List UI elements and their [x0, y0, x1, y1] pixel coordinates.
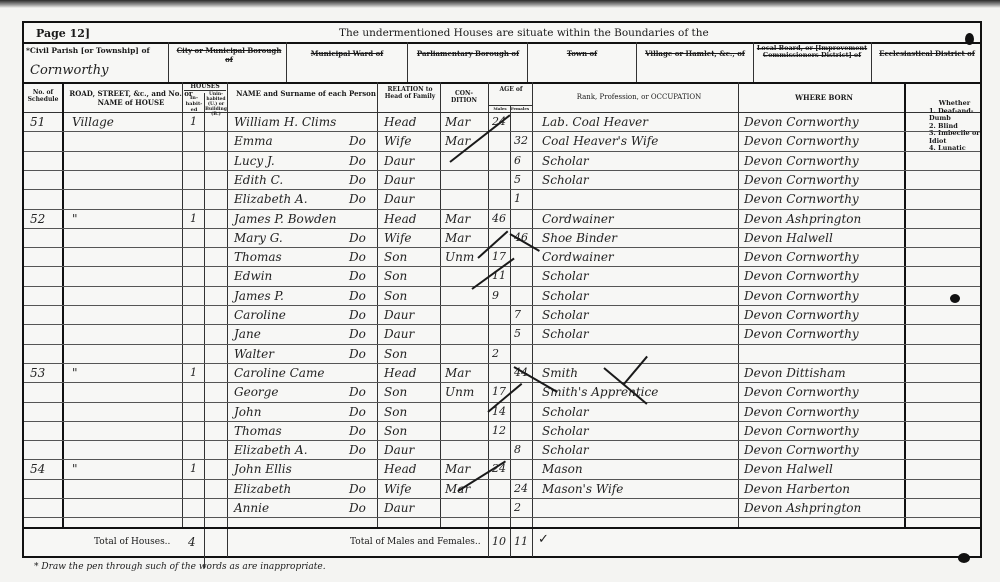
col-age: AGE of — [490, 86, 532, 93]
relation-to-head: Head — [384, 462, 416, 476]
census-sheet: Page 12] The undermentioned Houses are s… — [22, 21, 982, 558]
person-name: Lucy J. — [234, 154, 275, 168]
row-rule — [24, 228, 980, 229]
female-age: 1 — [514, 192, 521, 206]
total-males-value: 10 — [492, 535, 506, 549]
birthplace: Devon Cornworthy — [744, 327, 859, 341]
col-males: Males — [491, 106, 509, 111]
person-name: Jane — [234, 327, 261, 341]
male-age: 2 — [492, 347, 499, 361]
row-rule — [24, 151, 980, 152]
relation-to-head: Daur — [384, 154, 414, 168]
total-houses-value: 4 — [188, 535, 196, 549]
occupation: Cordwainer — [542, 250, 614, 264]
marital-condition: Mar — [445, 115, 470, 129]
col-road: ROAD, STREET, &c., and No. or NAME of HO… — [66, 89, 196, 107]
birthplace: Devon Ashprington — [744, 212, 861, 226]
female-age: 8 — [514, 443, 521, 457]
relation-to-head: Son — [384, 289, 407, 303]
ecclesiastical-district-label: Ecclesiastical District of — [874, 49, 980, 58]
marital-condition: Unm — [445, 250, 474, 264]
row-rule — [24, 209, 980, 210]
ditto-mark: Do — [349, 501, 366, 515]
person-name: John — [234, 405, 262, 419]
male-age: 9 — [492, 289, 499, 303]
col-name: NAME and Surname of each Person — [236, 89, 376, 98]
village-hamlet-label: Village or Hamlet, &c., of — [640, 49, 750, 58]
road-name: " — [72, 366, 78, 380]
relation-to-head: Son — [384, 347, 407, 361]
road-name: Village — [72, 115, 114, 129]
relation-to-head: Daur — [384, 327, 414, 341]
ditto-mark: Do — [349, 327, 366, 341]
row-rule — [24, 459, 980, 460]
ditto-mark: Do — [349, 347, 366, 361]
schedule-number: 51 — [30, 115, 45, 129]
row-rule — [24, 440, 980, 441]
birthplace: Devon Cornworthy — [744, 289, 859, 303]
person-name: John Ellis — [234, 462, 292, 476]
ink-blot — [950, 294, 960, 303]
relation-to-head: Son — [384, 250, 407, 264]
parliamentary-borough-label: Parliamentary Borough of — [412, 49, 524, 58]
infirmity-1: 1. Deaf-and-Dumb — [929, 108, 980, 123]
person-name: William H. Clims — [234, 115, 336, 129]
town-label: Town of — [532, 49, 632, 58]
schedule-number: 53 — [30, 366, 45, 380]
row-rule — [24, 324, 980, 325]
female-age: 6 — [514, 154, 521, 168]
ditto-mark: Do — [349, 173, 366, 187]
occupation: Scholar — [542, 424, 589, 438]
female-age: 5 — [514, 173, 521, 187]
relation-to-head: Daur — [384, 173, 414, 187]
occupation: Mason's Wife — [542, 482, 623, 496]
person-name: Annie — [234, 501, 269, 515]
row-rule — [24, 363, 980, 364]
ink-blot — [965, 33, 974, 45]
birthplace: Devon Cornworthy — [744, 269, 859, 283]
person-name: Elizabeth — [234, 482, 291, 496]
footnote: * Draw the pen through such of the words… — [34, 562, 326, 572]
relation-to-head: Son — [384, 385, 407, 399]
row-rule — [24, 247, 980, 248]
marital-condition: Mar — [445, 462, 470, 476]
municipal-ward-label: Municipal Ward of — [292, 49, 402, 58]
ditto-mark: Do — [349, 443, 366, 457]
ditto-mark: Do — [349, 134, 366, 148]
inhabited-count: 1 — [190, 212, 197, 226]
schedule-number: 54 — [30, 462, 45, 476]
birthplace: Devon Cornworthy — [744, 192, 859, 206]
occupation: Lab. Coal Heaver — [542, 115, 648, 129]
ditto-mark: Do — [349, 424, 366, 438]
col-uninhabited: Unin-habited (U.) or Building (B.) — [205, 92, 227, 117]
row-rule — [24, 382, 980, 383]
total-persons-label: Total of Males and Females.. — [350, 537, 481, 547]
ditto-mark: Do — [349, 482, 366, 496]
birthplace: Devon Cornworthy — [744, 385, 859, 399]
occupation: Coal Heaver's Wife — [542, 134, 658, 148]
road-name: " — [72, 462, 78, 476]
birthplace: Devon Ashprington — [744, 501, 861, 515]
row-rule — [24, 131, 980, 132]
col-relation: RELATION to Head of Family — [380, 86, 440, 100]
birthplace: Devon Cornworthy — [744, 443, 859, 457]
person-name: Walter — [234, 347, 274, 361]
relation-to-head: Daur — [384, 192, 414, 206]
person-name: Emma — [234, 134, 273, 148]
inhabited-count: 1 — [190, 366, 197, 380]
female-age: 24 — [514, 482, 528, 496]
civil-parish-label: *Civil Parish [or Township] of — [26, 46, 164, 55]
occupation: Scholar — [542, 269, 589, 283]
local-board-label: Local Board, or [Improvement Commissione… — [756, 45, 868, 59]
person-name: James P. Bowden — [234, 212, 337, 226]
person-name: Caroline — [234, 308, 286, 322]
person-name: Edwin — [234, 269, 272, 283]
row-rule — [24, 286, 980, 287]
ditto-mark: Do — [349, 192, 366, 206]
birthplace: Devon Cornworthy — [744, 308, 859, 322]
occupation: Cordwainer — [542, 212, 614, 226]
relation-to-head: Wife — [384, 231, 412, 245]
ink-blot — [958, 553, 970, 563]
relation-to-head: Son — [384, 269, 407, 283]
col-occupation: Rank, Profession, or OCCUPATION — [544, 93, 734, 102]
check-mark: ✓ — [538, 533, 549, 547]
ditto-mark: Do — [349, 308, 366, 322]
relation-to-head: Head — [384, 212, 416, 226]
row-rule — [24, 402, 980, 403]
occupation: Smith — [542, 366, 578, 380]
row-rule — [24, 498, 980, 499]
female-age: 2 — [514, 501, 521, 515]
ditto-mark: Do — [349, 154, 366, 168]
birthplace: Devon Cornworthy — [744, 173, 859, 187]
marital-condition: Mar — [445, 366, 470, 380]
col-inhabited: In-habit-ed — [185, 95, 203, 113]
occupation: Scholar — [542, 154, 589, 168]
birthplace: Devon Cornworthy — [744, 250, 859, 264]
birthplace: Devon Cornworthy — [744, 405, 859, 419]
relation-to-head: Son — [384, 424, 407, 438]
birthplace: Devon Cornworthy — [744, 154, 859, 168]
female-age: 7 — [514, 308, 521, 322]
person-name: Edith C. — [234, 173, 283, 187]
row-rule — [24, 170, 980, 171]
male-age: 17 — [492, 250, 506, 264]
page-title: The undermentioned Houses are situate wi… — [339, 27, 709, 39]
birthplace: Devon Cornworthy — [744, 134, 859, 148]
occupation: Scholar — [542, 289, 589, 303]
relation-to-head: Daur — [384, 308, 414, 322]
relation-to-head: Head — [384, 366, 416, 380]
relation-to-head: Head — [384, 115, 416, 129]
row-rule — [24, 479, 980, 480]
relation-to-head: Wife — [384, 134, 412, 148]
occupation: Scholar — [542, 443, 589, 457]
inhabited-count: 1 — [190, 462, 197, 476]
person-name: James P. — [234, 289, 284, 303]
col-houses: HOUSES — [184, 83, 226, 91]
person-name: Elizabeth A. — [234, 192, 308, 206]
birthplace: Devon Harberton — [744, 482, 850, 496]
person-name: Thomas — [234, 424, 282, 438]
person-name: Caroline Came — [234, 366, 324, 380]
ditto-mark: Do — [349, 231, 366, 245]
occupation: Scholar — [542, 405, 589, 419]
occupation: Mason — [542, 462, 583, 476]
inhabited-count: 1 — [190, 115, 197, 129]
row-rule — [24, 421, 980, 422]
row-rule — [24, 517, 980, 518]
birthplace: Devon Halwell — [744, 231, 833, 245]
row-rule — [24, 344, 980, 345]
female-age: 32 — [514, 134, 528, 148]
page-label: Page 12] — [36, 27, 90, 40]
col-schedule: No. of Schedule — [26, 89, 60, 103]
civil-parish-value: Cornworthy — [30, 64, 108, 78]
occupation: Scholar — [542, 308, 589, 322]
total-females-value: 11 — [514, 535, 528, 549]
total-houses-label: Total of Houses.. — [94, 537, 170, 547]
relation-to-head: Daur — [384, 443, 414, 457]
marital-condition: Unm — [445, 385, 474, 399]
pen-stroke — [623, 356, 648, 385]
road-name: " — [72, 212, 78, 226]
occupation: Shoe Binder — [542, 231, 617, 245]
female-age: 5 — [514, 327, 521, 341]
ditto-mark: Do — [349, 385, 366, 399]
marital-condition: Mar — [445, 231, 470, 245]
ditto-mark: Do — [349, 250, 366, 264]
birthplace: Devon Dittisham — [744, 366, 846, 380]
occupation: Scholar — [542, 327, 589, 341]
male-age: 12 — [492, 424, 506, 438]
scan-top-edge — [0, 0, 1000, 8]
relation-to-head: Son — [384, 405, 407, 419]
relation-to-head: Wife — [384, 482, 412, 496]
ditto-mark: Do — [349, 289, 366, 303]
person-name: Mary G. — [234, 231, 283, 245]
schedule-number: 52 — [30, 212, 45, 226]
row-rule — [24, 305, 980, 306]
birthplace: Devon Halwell — [744, 462, 833, 476]
marital-condition: Mar — [445, 212, 470, 226]
birthplace: Devon Cornworthy — [744, 115, 859, 129]
person-name: Elizabeth A. — [234, 443, 308, 457]
person-name: George — [234, 385, 278, 399]
row-rule — [24, 189, 980, 190]
relation-to-head: Daur — [384, 501, 414, 515]
birthplace: Devon Cornworthy — [744, 424, 859, 438]
city-borough-label: City or Municipal Borough of — [174, 46, 284, 64]
ditto-mark: Do — [349, 405, 366, 419]
col-infirmity: Whether 1. Deaf-and-Dumb 2. Blind 3. Imb… — [929, 100, 980, 153]
col-condition: CON-DITION — [444, 90, 484, 104]
col-females: Females — [510, 106, 530, 111]
col-where-born: WHERE BORN — [744, 93, 904, 102]
occupation: Scholar — [542, 173, 589, 187]
male-age: 46 — [492, 212, 506, 226]
ditto-mark: Do — [349, 269, 366, 283]
person-name: Thomas — [234, 250, 282, 264]
